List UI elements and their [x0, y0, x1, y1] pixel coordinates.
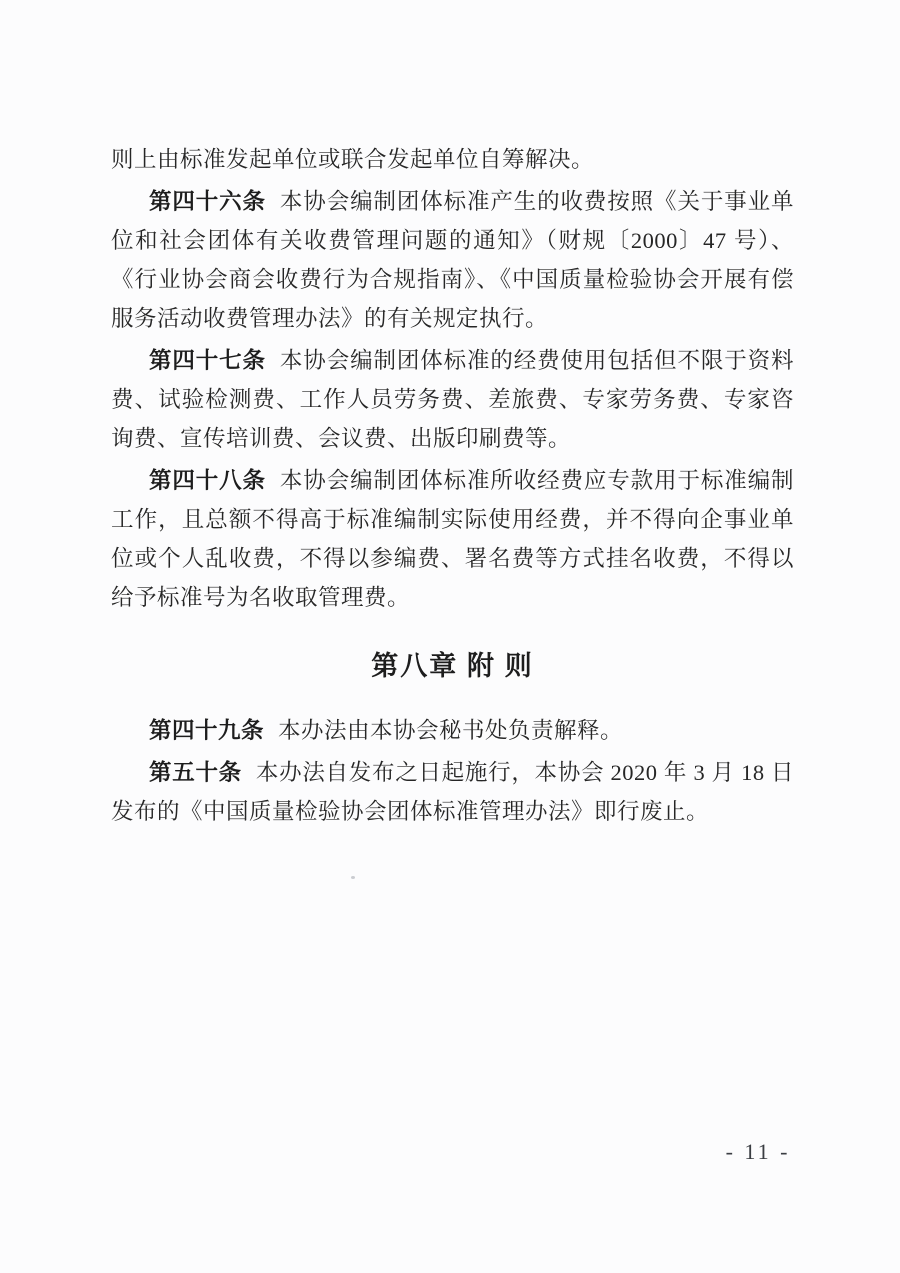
article-number-label: 第四十八条 [149, 468, 266, 493]
article-number-label: 第四十七条 [149, 348, 266, 373]
scan-speck [351, 876, 355, 879]
article-number-label: 第四十九条 [149, 718, 264, 743]
page-number: - 11 - [712, 1139, 804, 1165]
paragraph-article-47: 第四十七条本协会编制团体标准的经费使用包括但不限于资料费、试验检测费、工作人员劳… [111, 341, 794, 458]
paragraph-text: 本办法由本协会秘书处负责解释。 [278, 718, 623, 743]
paragraph-article-50: 第五十条本办法自发布之日起施行，本协会 2020 年 3 月 18 日发布的《中… [111, 753, 794, 831]
document-page: 则上由标准发起单位或联合发起单位自筹解决。 第四十六条本协会编制团体标准产生的收… [0, 0, 900, 1273]
paragraph-article-48: 第四十八条本协会编制团体标准所收经费应专款用于标准编制工作，且总额不得高于标准编… [111, 461, 794, 617]
document-body: 则上由标准发起单位或联合发起单位自筹解决。 第四十六条本协会编制团体标准产生的收… [111, 140, 794, 834]
article-number-label: 第四十六条 [149, 189, 266, 214]
chapter-heading: 第八章 附 则 [111, 650, 794, 682]
paragraph-article-46: 第四十六条本协会编制团体标准产生的收费按照《关于事业单位和社会团体有关收费管理问… [111, 182, 794, 338]
paragraph-continuation: 则上由标准发起单位或联合发起单位自筹解决。 [111, 140, 794, 179]
paragraph-article-49: 第四十九条本办法由本协会秘书处负责解释。 [111, 711, 794, 750]
paragraph-text: 则上由标准发起单位或联合发起单位自筹解决。 [111, 147, 594, 172]
article-number-label: 第五十条 [149, 760, 242, 785]
